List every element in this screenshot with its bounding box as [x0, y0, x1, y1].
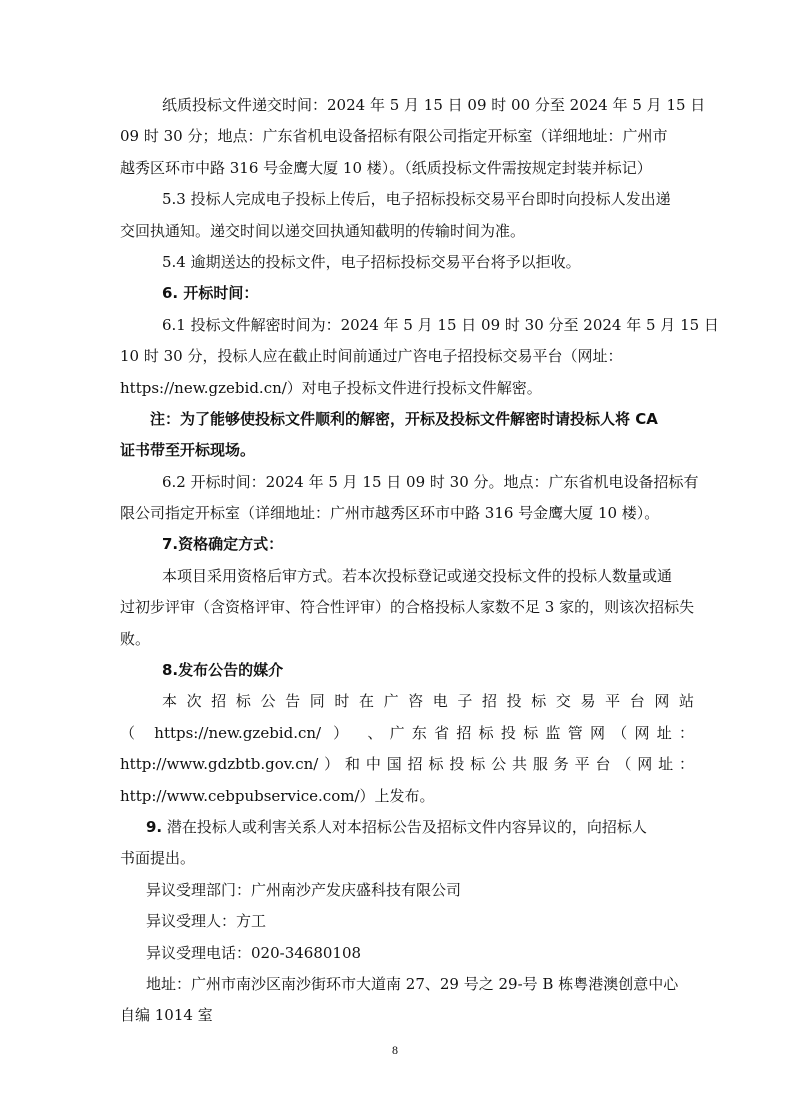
section-7-line-1: 本项目采用资格后审方式。若本次投标登记或递交投标文件的投标人数量或通: [120, 561, 694, 592]
section-7-line-2: 过初步评审（含资格评审、符合性评审）的合格投标人家数不足 3 家的，则该次招标失: [120, 592, 694, 623]
clause-6-2-line-1: 6.2 开标时间：2024 年 5 月 15 日 09 时 30 分。地点：广东…: [120, 467, 694, 498]
section-8-heading: 8.发布公告的媒介: [120, 655, 694, 686]
objection-contact: 异议受理人：方工: [120, 906, 694, 937]
section-9-text: 潜在投标人或利害关系人对本招标公告及招标文件内容异议的，向招标人: [167, 818, 647, 836]
document-page: 纸质投标文件递交时间：2024 年 5 月 15 日 09 时 00 分至 20…: [120, 90, 694, 1032]
section-7-line-3: 败。: [120, 624, 694, 655]
section-6-heading: 6. 开标时间：: [120, 278, 694, 309]
note-line-1: 注：为了能够使投标文件顺利的解密，开标及投标文件解密时请投标人将 CA: [120, 404, 694, 435]
objection-phone: 异议受理电话：020-34680108: [120, 938, 694, 969]
section-9-line-1: 9. 潜在投标人或利害关系人对本招标公告及招标文件内容异议的，向招标人: [120, 812, 694, 843]
clause-5-4: 5.4 逾期送达的投标文件，电子招标投标交易平台将予以拒收。: [120, 247, 694, 278]
clause-5-3-line-2: 交回执通知。递交时间以递交回执通知截明的传输时间为准。: [120, 216, 694, 247]
section-9-number: 9.: [146, 818, 162, 836]
clause-5-3-line-1: 5.3 投标人完成电子投标上传后，电子招标投标交易平台即时向投标人发出递: [120, 184, 694, 215]
section-9-line-2: 书面提出。: [120, 843, 694, 874]
paper-bid-time-line-3: 越秀区环市中路 316 号金鹰大厦 10 楼）。（纸质投标文件需按规定封装并标记…: [120, 153, 694, 184]
paper-bid-time-line-2: 09 时 30 分；地点：广东省机电设备招标有限公司指定开标室（详细地址：广州市: [120, 121, 694, 152]
clause-6-2-line-2: 限公司指定开标室（详细地址：广州市越秀区环市中路 316 号金鹰大厦 10 楼）…: [120, 498, 694, 529]
paper-bid-time-line-1: 纸质投标文件递交时间：2024 年 5 月 15 日 09 时 00 分至 20…: [120, 90, 694, 121]
clause-6-1-line-3: https://new.gzebid.cn/）对电子投标文件进行投标文件解密。: [120, 373, 694, 404]
section-7-heading: 7.资格确定方式：: [120, 529, 694, 560]
section-8-line-2: （ https://new.gzebid.cn/ ） 、广东省招标投标监管网（网…: [120, 718, 694, 749]
section-8-line-4: http://www.cebpubservice.com/）上发布。: [120, 781, 694, 812]
objection-address-line-1: 地址：广州市南沙区南沙街环市大道南 27、29 号之 29-号 B 栋粤港澳创意…: [120, 969, 694, 1000]
clause-6-1-line-1: 6.1 投标文件解密时间为：2024 年 5 月 15 日 09 时 30 分至…: [120, 310, 694, 341]
section-8-line-3: http://www.gdzbtb.gov.cn/）和中国招标投标公共服务平台（…: [120, 749, 694, 780]
page-number: 8: [0, 1043, 790, 1058]
clause-6-1-line-2: 10 时 30 分，投标人应在截止时间前通过广咨电子招投标交易平台（网址：: [120, 341, 694, 372]
objection-address-line-2: 自编 1014 室: [120, 1000, 694, 1031]
note-line-2: 证书带至开标现场。: [120, 435, 694, 466]
section-8-line-1: 本次招标公告同时在广咨电子招投标交易平台网站: [120, 686, 694, 717]
objection-department: 异议受理部门：广州南沙产发庆盛科技有限公司: [120, 875, 694, 906]
